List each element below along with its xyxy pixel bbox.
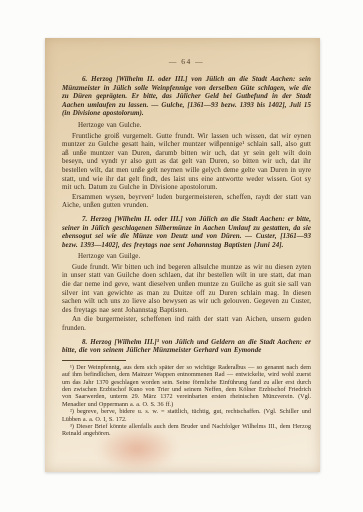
entry-7-salutation: Hertzoge van Guilge.: [78, 252, 311, 261]
entry-7-heading: 7. Herzog [Wilhelm II. oder III.] von Jü…: [62, 215, 311, 249]
footnote-3: ³) Dieser Brief könnte allenfalls auch d…: [62, 423, 311, 438]
entry-6: 6. Herzog [Wilhelm II. oder III.] von Jü…: [62, 75, 311, 210]
entry-6-body: Fruntliche groiß vurgemelt. Gutte frundt…: [62, 132, 311, 192]
footnotes-section: ¹) Der Weinpfennig, aus dem sich später …: [62, 360, 311, 438]
entry-8-heading: 8. Herzog [Wilhelm III.]³ von Jülich und…: [62, 338, 311, 355]
text-column: — 64 — 6. Herzog [Wilhelm II. oder III.]…: [62, 38, 311, 438]
entry-7: 7. Herzog [Wilhelm II. oder III.] von Jü…: [62, 215, 311, 333]
entry-6-salutation: Hertzoge van Gulche.: [78, 121, 311, 130]
entry-6-heading: 6. Herzog [Wilhelm II. oder III.] von Jü…: [62, 75, 311, 118]
entry-7-address: An die burgermeister, scheffenen ind rai…: [62, 315, 311, 332]
scanned-book-page-photo: — 64 — 6. Herzog [Wilhelm II. oder III.]…: [0, 0, 363, 512]
entry-7-body: Gude frundt. Wir bitten uch ind begeren …: [62, 263, 311, 315]
book-page: — 64 — 6. Herzog [Wilhelm II. oder III.]…: [45, 38, 320, 472]
footnote-1: ¹) Der Weinpfennig, aus dem sich später …: [62, 364, 311, 408]
footnote-2: ²) begreve, berve, bidere u. s. w. = sta…: [62, 408, 311, 423]
entry-8: 8. Herzog [Wilhelm III.]³ von Jülich und…: [62, 338, 311, 355]
footnote-separator-rule: [62, 360, 126, 361]
page-number: — 64 —: [62, 57, 311, 66]
entry-6-address: Ersammen wysen, beyrven² luden burgermei…: [62, 193, 311, 210]
